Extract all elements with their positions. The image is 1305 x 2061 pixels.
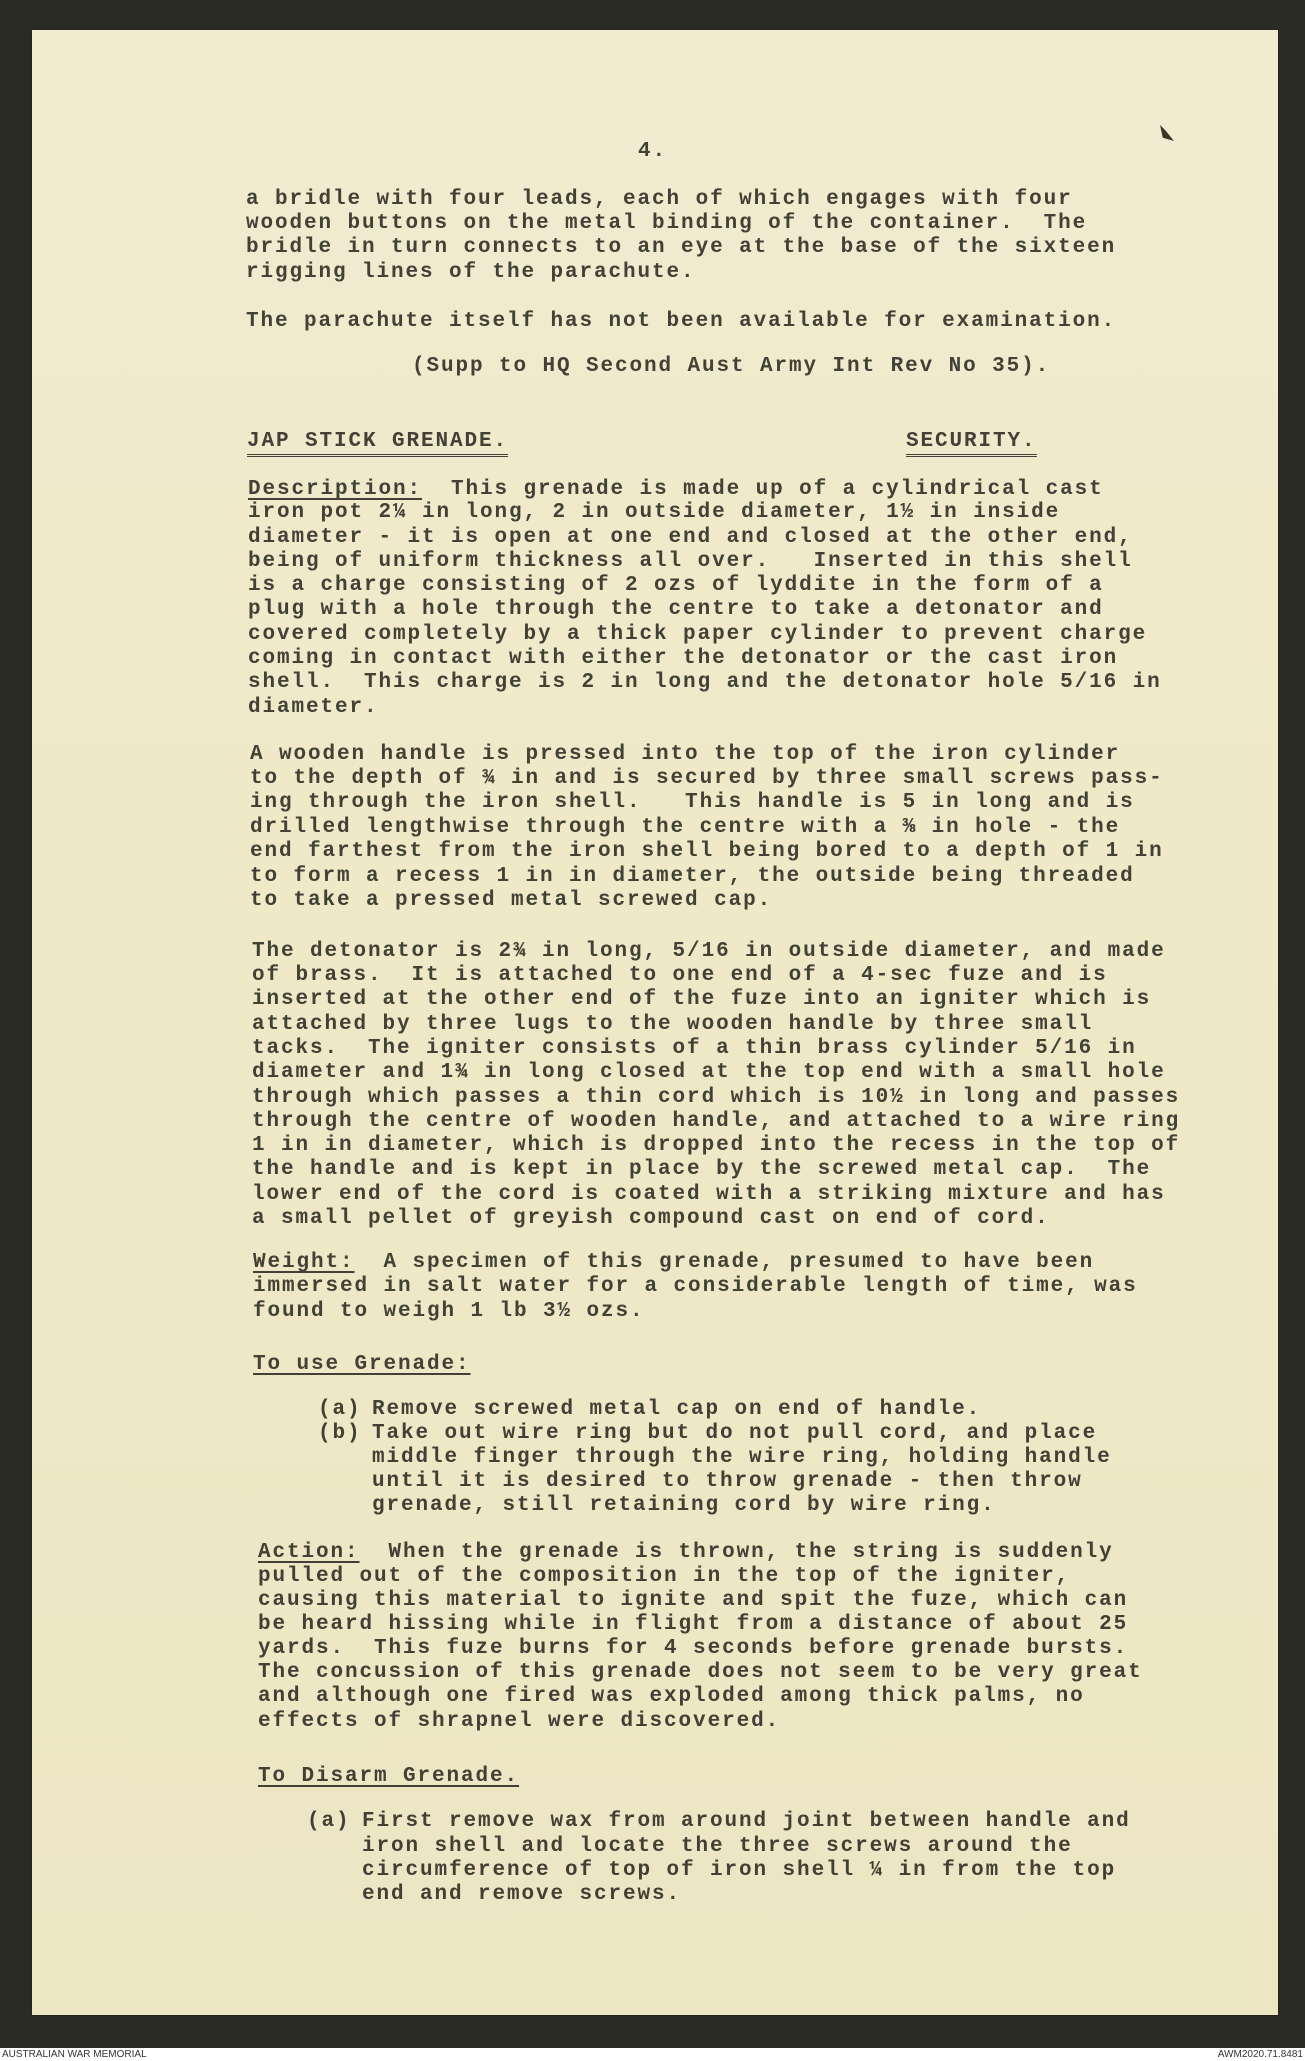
detonator-line: 1 in in diameter, which is dropped into … (252, 1134, 1180, 1158)
detonator-line: the handle and is kept in place by the s… (252, 1158, 1151, 1182)
action-first-line: Action: When the grenade is thrown, the … (258, 1541, 1114, 1565)
handle-line: drilled lengthwise through the centre wi… (250, 816, 1120, 840)
handle-line: ing through the iron shell. This handle … (250, 791, 1135, 815)
step-line: iron shell and locate the three screws a… (362, 1835, 1073, 1859)
weight-line: found to weigh 1 lb 3½ ozs. (253, 1300, 645, 1324)
handle-line: end farthest from the iron shell being b… (250, 840, 1164, 864)
description-line: is a charge consisting of 2 ozs of lyddi… (248, 574, 1104, 598)
step-marker: (a) (307, 1810, 351, 1834)
detonator-line: The detonator is 2¾ in long, 5/16 in out… (252, 940, 1166, 964)
step-line: circumference of top of iron shell ¼ in … (362, 1859, 1116, 1883)
continuation-line: rigging lines of the parachute. (246, 261, 696, 285)
footer-institution: AUSTRALIAN WAR MEMORIAL (2, 2048, 147, 2061)
step-marker: (a) (318, 1398, 362, 1422)
step-line: Remove screwed metal cap on end of handl… (372, 1398, 981, 1422)
step-line: grenade, still retaining cord by wire ri… (372, 1494, 996, 1518)
weight-text: A specimen of this grenade, presumed to … (355, 1251, 1095, 1274)
description-line: coming in contact with either the detona… (248, 647, 1118, 671)
detonator-line: attached by three lugs to the wooden han… (252, 1013, 1093, 1037)
step-line: end and remove screws. (362, 1883, 681, 1907)
parachute-note: The parachute itself has not been availa… (246, 310, 1116, 334)
description-line: being of uniform thickness all over. Ins… (248, 550, 1133, 574)
handle-line: A wooden handle is pressed into the top … (250, 743, 1120, 767)
security-classification: SECURITY. (906, 430, 1037, 457)
detonator-line: tacks. The igniter consists of a thin br… (252, 1037, 1137, 1061)
detonator-line: of brass. It is attached to one end of a… (252, 964, 1108, 988)
step-line: middle finger through the wire ring, hol… (372, 1446, 1112, 1470)
weight-line: immersed in salt water for a considerabl… (253, 1275, 1138, 1299)
handle-line: to take a pressed metal screwed cap. (250, 889, 772, 913)
detonator-line: through the centre of wooden handle, and… (252, 1110, 1180, 1134)
action-line: yards. This fuze burns for 4 seconds bef… (258, 1637, 1128, 1661)
source-reference: (Supp to HQ Second Aust Army Int Rev No … (412, 355, 1050, 379)
action-line: The concussion of this grenade does not … (258, 1661, 1143, 1685)
weight-first-line: Weight: A specimen of this grenade, pres… (253, 1251, 1094, 1275)
description-line: plug with a hole through the centre to t… (248, 598, 1104, 622)
page-number: 4. (638, 140, 667, 164)
step-line: First remove wax from around joint betwe… (362, 1810, 1131, 1834)
detonator-line: inserted at the other end of the fuze in… (252, 988, 1151, 1012)
continuation-line: wooden buttons on the metal binding of t… (246, 212, 1087, 236)
detonator-line: a small pellet of greyish compound cast … (252, 1207, 1050, 1231)
description-line: covered completely by a thick paper cyli… (248, 623, 1147, 647)
detonator-line: lower end of the cord is coated with a s… (252, 1183, 1166, 1207)
action-line: and although one fired was exploded amon… (258, 1685, 1085, 1709)
action-line: be heard hissing while in flight from a … (258, 1613, 1128, 1637)
weight-label: Weight: (253, 1251, 355, 1274)
description-line: iron pot 2¼ in long, 2 in outside diamet… (248, 501, 1060, 525)
footer-accession-number: AWM2020.71.8481 (1218, 2048, 1303, 2061)
description-line: diameter. (248, 696, 379, 720)
action-line: pulled out of the composition in the top… (258, 1565, 1070, 1589)
action-label: Action: (258, 1541, 360, 1564)
description-label: Description: (248, 478, 422, 501)
detonator-line: diameter and 1¾ in long closed at the to… (252, 1061, 1166, 1085)
section-title: JAP STICK GRENADE. (247, 430, 508, 457)
handle-line: to form a recess 1 in in diameter, the o… (250, 865, 1135, 889)
description-line: shell. This charge is 2 in long and the … (248, 671, 1162, 695)
continuation-line: a bridle with four leads, each of which … (246, 188, 1073, 212)
action-text: When the grenade is thrown, the string i… (360, 1541, 1114, 1564)
detonator-line: through which passes a thin cord which i… (252, 1086, 1180, 1110)
step-line: Take out wire ring but do not pull cord,… (372, 1422, 1097, 1446)
step-line: until it is desired to throw grenade - t… (372, 1470, 1083, 1494)
handle-line: to the depth of ¾ in and is secured by t… (250, 767, 1164, 791)
step-marker: (b) (318, 1422, 362, 1446)
action-line: effects of shrapnel were discovered. (258, 1710, 780, 1734)
to-disarm-heading: To Disarm Grenade. (258, 1765, 519, 1789)
description-text: This grenade is made up of a cylindrical… (422, 478, 1104, 501)
to-use-heading: To use Grenade: (253, 1353, 471, 1377)
description-line: diameter - it is open at one end and clo… (248, 526, 1133, 550)
description-first-line: Description: This grenade is made up of … (248, 478, 1104, 502)
action-line: causing this material to ignite and spit… (258, 1589, 1128, 1613)
continuation-line: bridle in turn connects to an eye at the… (246, 236, 1116, 260)
